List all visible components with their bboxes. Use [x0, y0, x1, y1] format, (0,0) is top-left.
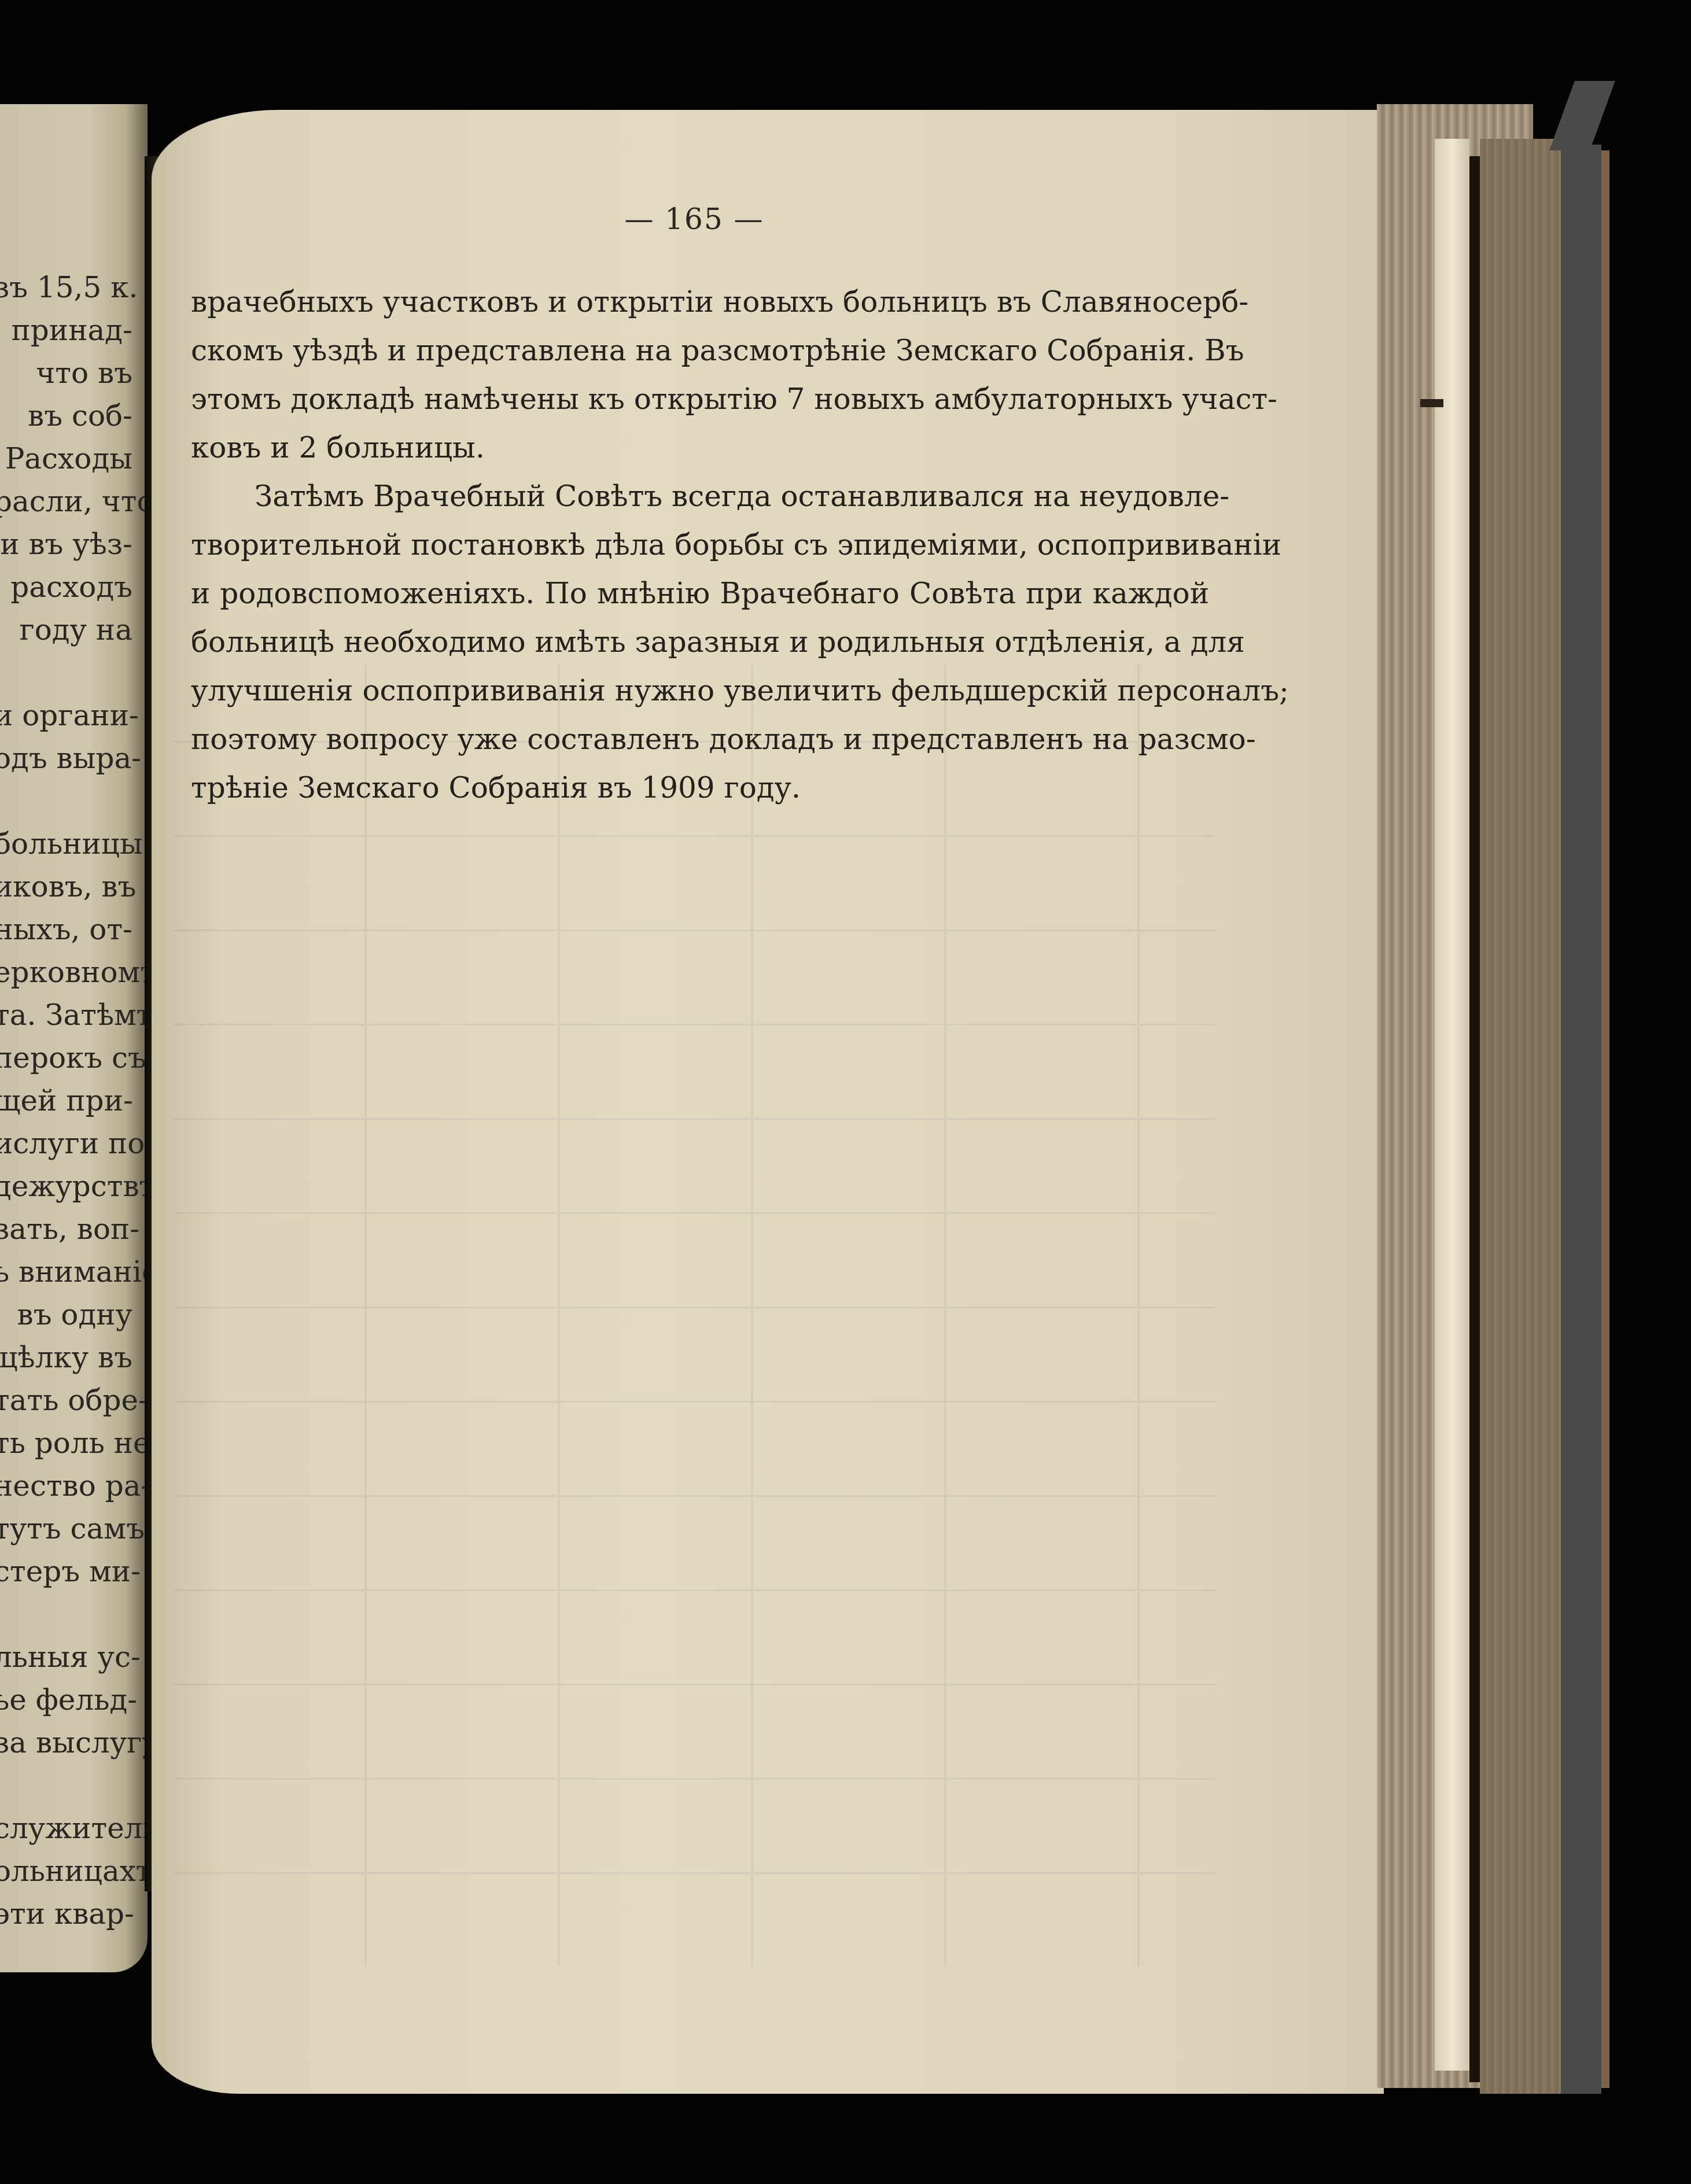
- left-page-line: тать обре-: [0, 1379, 132, 1422]
- left-page-line: ье фельд-: [0, 1678, 132, 1721]
- paragraph: врачебныхъ участковъ и открытіи новыхъ б…: [191, 278, 1209, 472]
- left-page-line: перокъ съ: [0, 1036, 132, 1079]
- left-page-line: за выслугу: [0, 1721, 132, 1764]
- left-page-line: нество ра-: [0, 1464, 132, 1507]
- left-page-line: служитель-: [0, 1807, 132, 1850]
- left-page-line: расли, что: [0, 480, 132, 523]
- left-page-line: и въ уѣз-: [0, 523, 132, 566]
- left-page-line: ольницахъ: [0, 1850, 132, 1892]
- body-text: врачебныхъ участковъ и открытіи новыхъ б…: [191, 278, 1209, 812]
- scan-mark: [1420, 399, 1443, 407]
- left-page-line: эти квар-: [0, 1892, 132, 1935]
- left-page-line: ныхъ, от-: [0, 908, 132, 951]
- left-page-line: цѣлку въ: [0, 1336, 132, 1379]
- left-page-line: году на: [0, 608, 132, 651]
- left-page-line: ь вниманіе: [0, 1250, 132, 1293]
- loose-leaf-edge: [1435, 139, 1469, 2071]
- left-page-line: зать, воп-: [0, 1208, 132, 1250]
- left-page-line: щей при-: [0, 1079, 132, 1122]
- left-page-line: [0, 780, 132, 822]
- left-page-line: иковъ, въ: [0, 865, 132, 908]
- left-page-line: тутъ самъ: [0, 1507, 132, 1550]
- left-page-line: расходъ: [0, 566, 132, 608]
- left-page-line: [0, 1593, 132, 1636]
- left-page-line: одъ выра-: [0, 737, 132, 780]
- left-page-line: зъ 15,5 к.: [0, 266, 132, 309]
- left-page-line: принад-: [0, 309, 132, 352]
- text-line: улучшенія оспопрививанія нужно увеличить…: [191, 666, 1209, 715]
- text-line: врачебныхъ участковъ и открытіи новыхъ б…: [191, 278, 1209, 326]
- left-page-line: ерковномъ,: [0, 951, 132, 994]
- left-page-line: Расходы: [0, 437, 132, 480]
- paragraph: Затѣмъ Врачебный Совѣтъ всегда останавли…: [191, 472, 1209, 812]
- left-page-line: [0, 1935, 132, 1972]
- left-page-text-fragments: зъ 15,5 к.принад-что въвъ соб-Расходырас…: [0, 266, 132, 1972]
- left-page-line: та. Затѣмъ: [0, 994, 132, 1036]
- cover-corner: [1549, 81, 1615, 150]
- left-page-line: [0, 651, 132, 694]
- text-line: творительной постановкѣ дѣла борьбы съ э…: [191, 521, 1209, 569]
- cover-frayed-edge: [1601, 150, 1609, 2088]
- book-cover-board: [1561, 145, 1601, 2094]
- left-page-line: въ одну: [0, 1293, 132, 1336]
- left-page-line: стеръ ми-: [0, 1550, 132, 1593]
- left-page-line: дежурствъ: [0, 1165, 132, 1208]
- left-page-line: ть роль не: [0, 1422, 132, 1464]
- text-line: поэтому вопросу уже составленъ докладъ и…: [191, 715, 1209, 763]
- page-number: — 165 —: [596, 202, 793, 236]
- text-line: этомъ докладѣ намѣчены къ открытію 7 нов…: [191, 375, 1209, 423]
- left-page-line: ислуги по: [0, 1122, 132, 1165]
- left-page-line: больницы: [0, 822, 132, 865]
- text-line: Затѣмъ Врачебный Совѣтъ всегда останавли…: [191, 472, 1209, 521]
- edge-shadow: [1469, 156, 1480, 2082]
- text-line: трѣніе Земскаго Собранія въ 1909 году.: [191, 763, 1209, 812]
- left-page-line: въ соб-: [0, 394, 132, 437]
- left-page-line: [0, 1764, 132, 1807]
- left-page-line: что въ: [0, 352, 132, 394]
- page-block-edge: [1480, 139, 1561, 2094]
- left-page-line: льныя ус-: [0, 1636, 132, 1678]
- left-page: зъ 15,5 к.принад-что въвъ соб-Расходырас…: [0, 104, 148, 1972]
- text-line: ковъ и 2 больницы.: [191, 423, 1209, 472]
- left-page-line: и органи-: [0, 694, 132, 737]
- text-line: скомъ уѣздѣ и представлена на разсмотрѣн…: [191, 326, 1209, 375]
- text-line: больницѣ необходимо имѣть заразныя и род…: [191, 618, 1209, 666]
- text-line: и родовспоможеніяхъ. По мнѣнію Врачебнаг…: [191, 569, 1209, 618]
